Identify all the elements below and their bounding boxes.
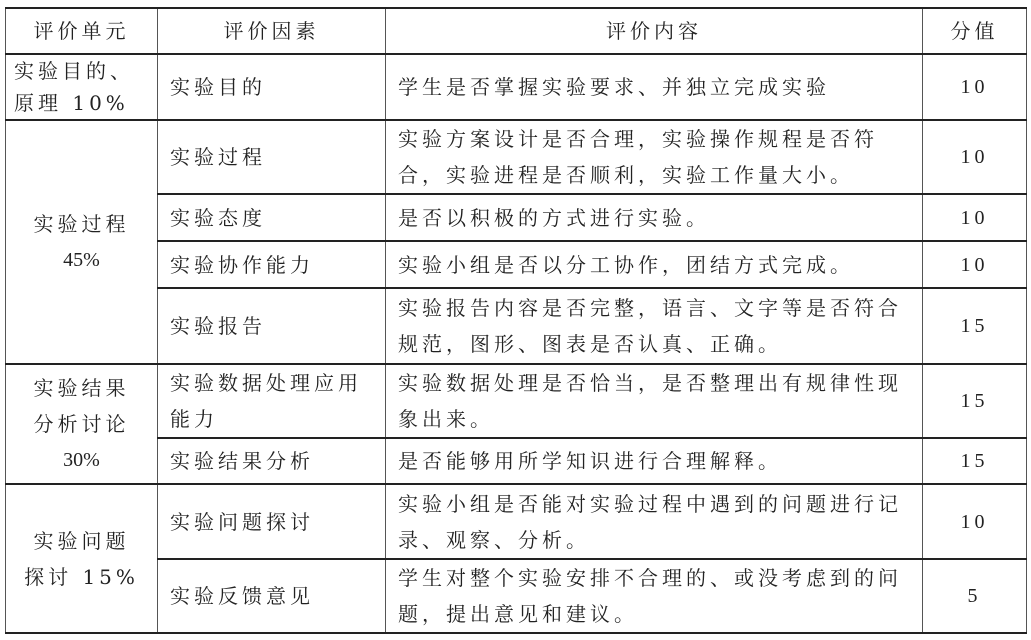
unit-line: 实验问题 [18, 523, 145, 559]
content-cell: 实验小组是否能对实验过程中遇到的问题进行记录、观察、分析。 [386, 484, 923, 559]
score-cell: 10 [923, 241, 1027, 288]
unit-line: 原理 10% [14, 87, 145, 119]
unit-cell: 实验过程 45% [6, 120, 158, 364]
table-row: 实验报告 实验报告内容是否完整，语言、文字等是否符合规范，图形、图表是否认真、正… [6, 288, 1027, 364]
factor-cell: 实验报告 [158, 288, 386, 364]
score-cell: 15 [923, 438, 1027, 484]
score-cell: 10 [923, 194, 1027, 241]
header-score: 分值 [923, 8, 1027, 54]
factor-cell: 实验目的 [158, 54, 386, 120]
unit-line: 实验结果 [18, 370, 145, 406]
content-cell: 是否以积极的方式进行实验。 [386, 194, 923, 241]
score-cell: 15 [923, 364, 1027, 438]
factor-cell: 实验协作能力 [158, 241, 386, 288]
content-cell: 实验报告内容是否完整，语言、文字等是否符合规范，图形、图表是否认真、正确。 [386, 288, 923, 364]
score-cell: 10 [923, 120, 1027, 194]
score-cell: 5 [923, 559, 1027, 633]
unit-cell: 实验问题 探讨 15% [6, 484, 158, 633]
score-cell: 10 [923, 54, 1027, 120]
header-unit: 评价单元 [6, 8, 158, 54]
table-row: 实验态度 是否以积极的方式进行实验。 10 [6, 194, 1027, 241]
unit-line: 30% [18, 442, 145, 478]
header-row: 评价单元 评价因素 评价内容 分值 [6, 8, 1027, 54]
table-row: 实验过程 45% 实验过程 实验方案设计是否合理，实验操作规程是否符合，实验进程… [6, 120, 1027, 194]
table-row: 实验协作能力 实验小组是否以分工协作，团结方式完成。 10 [6, 241, 1027, 288]
table-row: 实验结果分析 是否能够用所学知识进行合理解释。 15 [6, 438, 1027, 484]
score-cell: 10 [923, 484, 1027, 559]
header-content: 评价内容 [386, 8, 923, 54]
unit-line: 45% [18, 242, 145, 278]
factor-cell: 实验数据处理应用能力 [158, 364, 386, 438]
evaluation-table: 评价单元 评价因素 评价内容 分值 实验目的、 原理 10% 实验目的 学生是否… [5, 7, 1027, 634]
header-factor: 评价因素 [158, 8, 386, 54]
table-row: 实验反馈意见 学生对整个实验安排不合理的、或没考虑到的问题，提出意见和建议。 5 [6, 559, 1027, 633]
unit-cell: 实验目的、 原理 10% [6, 54, 158, 120]
factor-cell: 实验过程 [158, 120, 386, 194]
content-cell: 是否能够用所学知识进行合理解释。 [386, 438, 923, 484]
factor-cell: 实验反馈意见 [158, 559, 386, 633]
factor-cell: 实验态度 [158, 194, 386, 241]
unit-cell: 实验结果 分析讨论 30% [6, 364, 158, 484]
content-cell: 实验数据处理是否恰当，是否整理出有规律性现象出来。 [386, 364, 923, 438]
table-row: 实验问题 探讨 15% 实验问题探讨 实验小组是否能对实验过程中遇到的问题进行记… [6, 484, 1027, 559]
table-row: 实验目的、 原理 10% 实验目的 学生是否掌握实验要求、并独立完成实验 10 [6, 54, 1027, 120]
unit-line: 分析讨论 [18, 406, 145, 442]
content-cell: 学生对整个实验安排不合理的、或没考虑到的问题，提出意见和建议。 [386, 559, 923, 633]
content-cell: 实验方案设计是否合理，实验操作规程是否符合，实验进程是否顺利，实验工作量大小。 [386, 120, 923, 194]
unit-line: 实验目的、 [14, 55, 145, 87]
factor-cell: 实验结果分析 [158, 438, 386, 484]
unit-line: 探讨 15% [18, 559, 145, 595]
content-cell: 学生是否掌握实验要求、并独立完成实验 [386, 54, 923, 120]
unit-line: 实验过程 [18, 206, 145, 242]
content-cell: 实验小组是否以分工协作，团结方式完成。 [386, 241, 923, 288]
score-cell: 15 [923, 288, 1027, 364]
table-row: 实验结果 分析讨论 30% 实验数据处理应用能力 实验数据处理是否恰当，是否整理… [6, 364, 1027, 438]
factor-cell: 实验问题探讨 [158, 484, 386, 559]
